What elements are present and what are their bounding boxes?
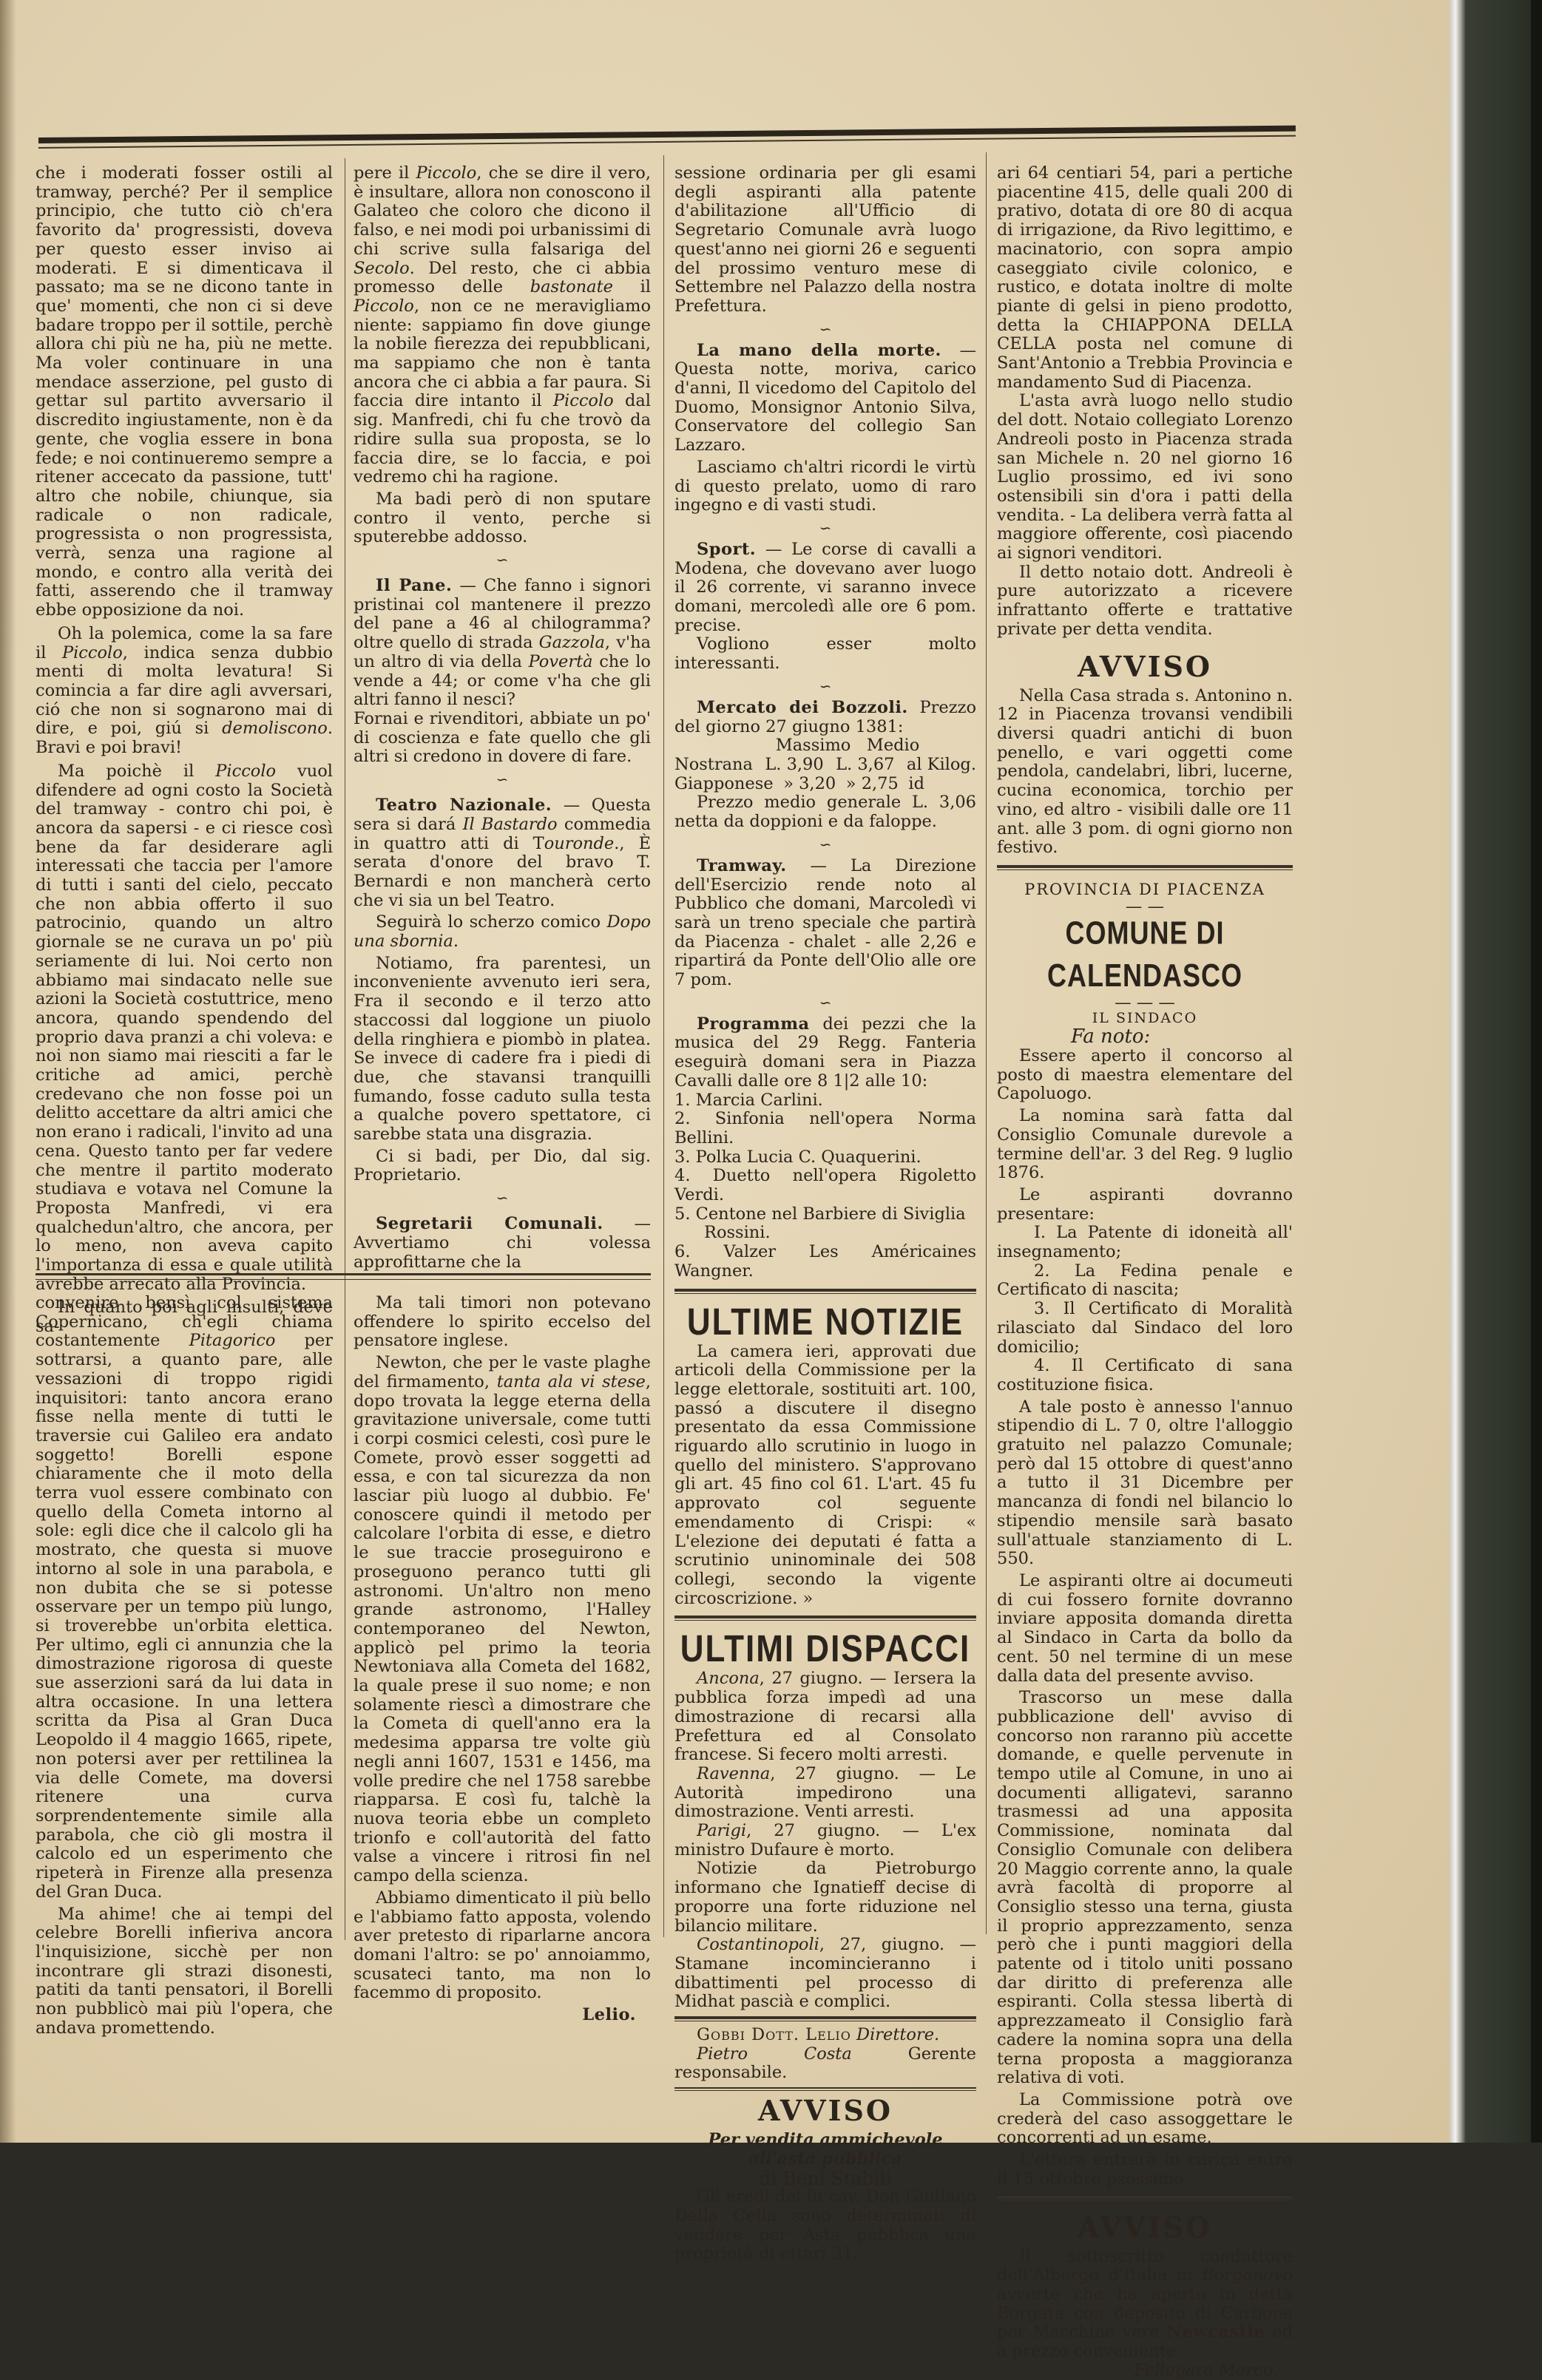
ornament-divider: ∽ (354, 1187, 651, 1209)
avviso-text: L'asta avrà luogo nello studio del dott.… (997, 392, 1293, 563)
notice-text: Le aspiranti oltre ai documeuti di cui f… (997, 1572, 1293, 1686)
newspaper-page: che i moderati fosser ostili al tramway,… (0, 0, 1451, 2143)
comune-heading: COMUNE DI CALENDASCO (997, 912, 1293, 997)
editor-credit: Gobbi Dott. Lelio Direttore. (674, 2026, 976, 2045)
article-text: che i moderati fosser ostili al tramway,… (35, 164, 333, 620)
news-item-text: Lasciamo ch'altri ricordi le virtù di qu… (674, 458, 976, 515)
feuilleton-paragraph: Ma ahime! che ai tempi del celebre Borel… (35, 1905, 333, 2038)
feuilleton-paragraph: Newton, che per le vaste plaghe del firm… (354, 1354, 651, 1886)
notice-text: Trascorso un mese dalla pubblicazione de… (997, 1689, 1293, 2088)
market-table-header: Massimo Medio (674, 736, 976, 756)
fa-noto: Fa noto: (997, 1028, 1293, 1047)
article-paragraph: Oh la polemica, come la sa fare il Picco… (35, 625, 333, 758)
feuilleton-paragraph: Abbiamo dimenticato il più bello e l'abb… (354, 1889, 651, 2003)
avviso-text: ari 64 centiari 54, pari a pertiche piac… (997, 164, 1293, 392)
requirement-item: 2. La Fedina penale e Certificato di nas… (997, 1262, 1293, 1300)
ornament-divider: ∽ (674, 991, 976, 1014)
news-item-teatro: Teatro Nazionale. — Questa sera si dará … (354, 796, 651, 910)
section-rule (674, 1616, 976, 1621)
ornament-divider: ∽ (674, 517, 976, 539)
column-2-lower: Ma tali timori non potevano offendere lo… (354, 1294, 651, 2025)
news-item-text: Seguirà lo scherzo comico Dopo una sborn… (354, 913, 651, 951)
section-rule (674, 2016, 976, 2021)
notice-text: La Commissione potrà ove crederà del cas… (997, 2091, 1293, 2143)
article-paragraph: pere il Piccolo, che se dire il vero, è … (354, 164, 651, 487)
program-item: 3. Polka Lucia C. Quaquerini. (674, 1148, 976, 1167)
requirement-item: I. La Patente di idoneità all' insegname… (997, 1224, 1293, 1261)
notice-text: La nomina sarà fatta dal Consiglio Comun… (997, 1107, 1293, 1183)
notice-text: A tale posto è annesso l'annuo stipendio… (997, 1398, 1293, 1569)
article-paragraph: Ma badi però di non sputare contro il ve… (354, 490, 651, 547)
news-item-segretarii: Segretarii Comunali. — Avvertiamo chi vo… (354, 1215, 651, 1272)
news-item-text: Prezzo medio generale L. 3,06 netta da d… (674, 793, 976, 831)
avviso-heading: AVVISO (997, 650, 1293, 684)
feuilleton-paragraph: Ma tali timori non potevano offendere lo… (354, 1294, 651, 1351)
avviso-text: Nella Casa strada s. Antonino n. 12 in P… (997, 687, 1293, 858)
book-binding (1450, 0, 1542, 2143)
ornament-divider: ∽ (354, 549, 651, 571)
article-paragraph: Ma poichè il Piccolo vuol difendere ad o… (35, 762, 333, 1295)
news-item-text: Notiamo, fra parentesi, un inconveniente… (354, 955, 651, 1145)
ultimi-dispacci-heading: ULTIMI DISPACCI (674, 1629, 976, 1672)
news-item-text: La camera ieri, approvati due articoli d… (674, 1343, 976, 1609)
dash-divider: — — (997, 900, 1293, 913)
ornament-divider: ∽ (674, 833, 976, 855)
column-3: sessione ordinaria per gli esami degli a… (674, 164, 976, 2143)
program-item: 2. Sinfonia nell'opera Norma Bellini. (674, 1110, 976, 1147)
binding-edge (1531, 0, 1542, 2143)
avviso-text: Il detto notaio dott. Andreoli è pure au… (997, 563, 1293, 640)
avviso-heading: AVVISO (674, 2094, 976, 2128)
column-1-lower: convenire bensì col sistema Copernicano,… (35, 1294, 333, 2038)
author-signature: Lelio. (354, 2006, 651, 2025)
market-row: NostranaL. 3,90L. 3,67al Kilog. (674, 756, 976, 775)
dash-divider: — — — (997, 996, 1293, 1009)
column-1: che i moderati fosser ostili al tramway,… (35, 164, 333, 1337)
ornament-divider: ∽ (674, 675, 976, 697)
notice-text: Le aspiranti dovranno presentare: (997, 1186, 1293, 1224)
market-row: Giapponese» 3,20» 2,75id (674, 775, 976, 794)
news-item-mercato: Mercato dei Bozzoli. Prezzo del giorno 2… (674, 699, 976, 736)
program-item: Rossini. (674, 1224, 976, 1243)
gutter-shadow (0, 0, 16, 2143)
news-item-text: Fornai e rivenditori, abbiate un po' di … (354, 710, 651, 767)
news-item-morte: La mano della morte. — Questa notte, mor… (674, 342, 976, 455)
news-item-text: sessione ordinaria per gli esami degli a… (674, 164, 976, 316)
news-item-text: Vogliono esser molto interessanti. (674, 635, 976, 673)
ultime-notizie-heading: ULTIME NOTIZIE (674, 1301, 976, 1344)
dispatch-item: Notizie da Pietroburgo informano che Ign… (674, 1859, 976, 1936)
news-item-pane: Il Pane. — Che fanno i signori pristinai… (354, 577, 651, 710)
column-divider (986, 152, 987, 1934)
avviso-subheading: Per vendita ammichevole all'asta pubblic… (674, 2131, 976, 2143)
program-item: 1. Marcia Carlini. (674, 1091, 976, 1111)
news-item-text: Ci si badi, per Dio, dal sig. Proprietar… (354, 1147, 651, 1185)
news-item-programma: Programma dei pezzi che la musica del 29… (674, 1015, 976, 1091)
program-item: 4. Duetto nell'opera Rigoletto Verdi. (674, 1167, 976, 1204)
dispatch-item: Ancona, 27 giugno. — Iersera la pubblica… (674, 1669, 976, 1765)
dispatch-item: Parigi, 27 giugno. — L'ex ministro Dufau… (674, 1822, 976, 1859)
column-2: pere il Piccolo, che se dire il vero, è … (354, 164, 651, 1272)
news-item-tramway: Tramway. — La Direzione dell'Esercizio r… (674, 857, 976, 990)
news-item-sport: Sport. — Le corse di cavalli a Modena, c… (674, 540, 976, 636)
program-item: 6. Valzer Les Américaines Wangner. (674, 1243, 976, 1281)
column-divider (345, 158, 345, 1940)
column-4: ari 64 centiari 54, pari a pertiche piac… (997, 164, 1293, 2143)
notice-text: Essere aperto il concorso al posto di ma… (997, 1047, 1293, 1104)
section-rule (997, 865, 1293, 870)
dispatch-item: Ravenna, 27 giugno. — Le Autorità impedi… (674, 1765, 976, 1822)
section-rule (674, 2087, 976, 2091)
requirement-item: 3. Il Certificato di Moralità rilasciato… (997, 1300, 1293, 1357)
manager-credit: Pietro Costa Gerente responsabile. (674, 2045, 976, 2083)
ornament-divider: ∽ (674, 318, 976, 340)
program-list: 1. Marcia Carlini. 2. Sinfonia nell'oper… (674, 1091, 976, 1281)
dispatch-item: Costantinopoli, 27, giugno. — Stamane in… (674, 1936, 976, 2012)
feuilleton-paragraph: convenire bensì col sistema Copernicano,… (35, 1294, 333, 1902)
requirement-item: 4. Il Certificato di sana costituzione f… (997, 1357, 1293, 1394)
column-divider (663, 155, 664, 1937)
program-item: 5. Centone nel Barbiere di Siviglia (674, 1205, 976, 1224)
ornament-divider: ∽ (354, 768, 651, 790)
section-rule (674, 1289, 976, 1294)
